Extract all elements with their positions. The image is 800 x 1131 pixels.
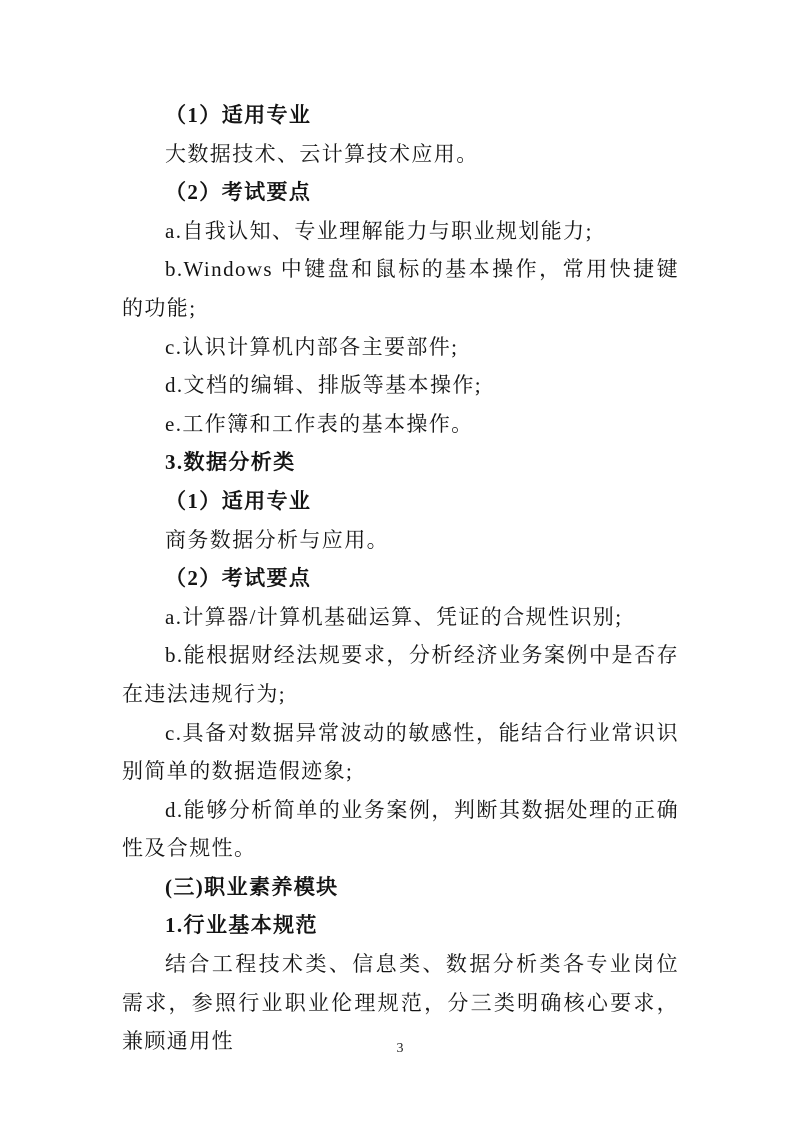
body-paragraph: c.认识计算机内部各主要部件; — [122, 328, 679, 367]
heading-paragraph: （1）适用专业 — [122, 96, 679, 135]
body-paragraph: c.具备对数据异常波动的敏感性，能结合行业常识识别简单的数据造假迹象; — [122, 714, 679, 791]
body-paragraph: d.能够分析简单的业务案例，判断其数据处理的正确性及合规性。 — [122, 791, 679, 868]
body-paragraph: b.能根据财经法规要求，分析经济业务案例中是否存在违法违规行为; — [122, 636, 679, 713]
heading-paragraph: （2）考试要点 — [122, 173, 679, 212]
body-paragraph: a.计算器/计算机基础运算、凭证的合规性识别; — [122, 598, 679, 637]
heading-paragraph: 3.数据分析类 — [122, 443, 679, 482]
heading-paragraph: （2）考试要点 — [122, 559, 679, 598]
body-paragraph: 大数据技术、云计算技术应用。 — [122, 135, 679, 174]
document-content: （1）适用专业大数据技术、云计算技术应用。（2）考试要点a.自我认知、专业理解能… — [122, 96, 679, 1061]
body-paragraph: d.文档的编辑、排版等基本操作; — [122, 366, 679, 405]
body-paragraph: 商务数据分析与应用。 — [122, 521, 679, 560]
document-page: （1）适用专业大数据技术、云计算技术应用。（2）考试要点a.自我认知、专业理解能… — [0, 0, 800, 1131]
heading-paragraph: 1.行业基本规范 — [122, 906, 679, 945]
body-paragraph: b.Windows 中键盘和鼠标的基本操作，常用快捷键的功能; — [122, 250, 679, 327]
heading-paragraph: （1）适用专业 — [122, 482, 679, 521]
heading-paragraph: (三)职业素养模块 — [122, 868, 679, 907]
body-paragraph: a.自我认知、专业理解能力与职业规划能力; — [122, 212, 679, 251]
body-paragraph: e.工作簿和工作表的基本操作。 — [122, 405, 679, 444]
page-number: 3 — [0, 1040, 800, 1058]
